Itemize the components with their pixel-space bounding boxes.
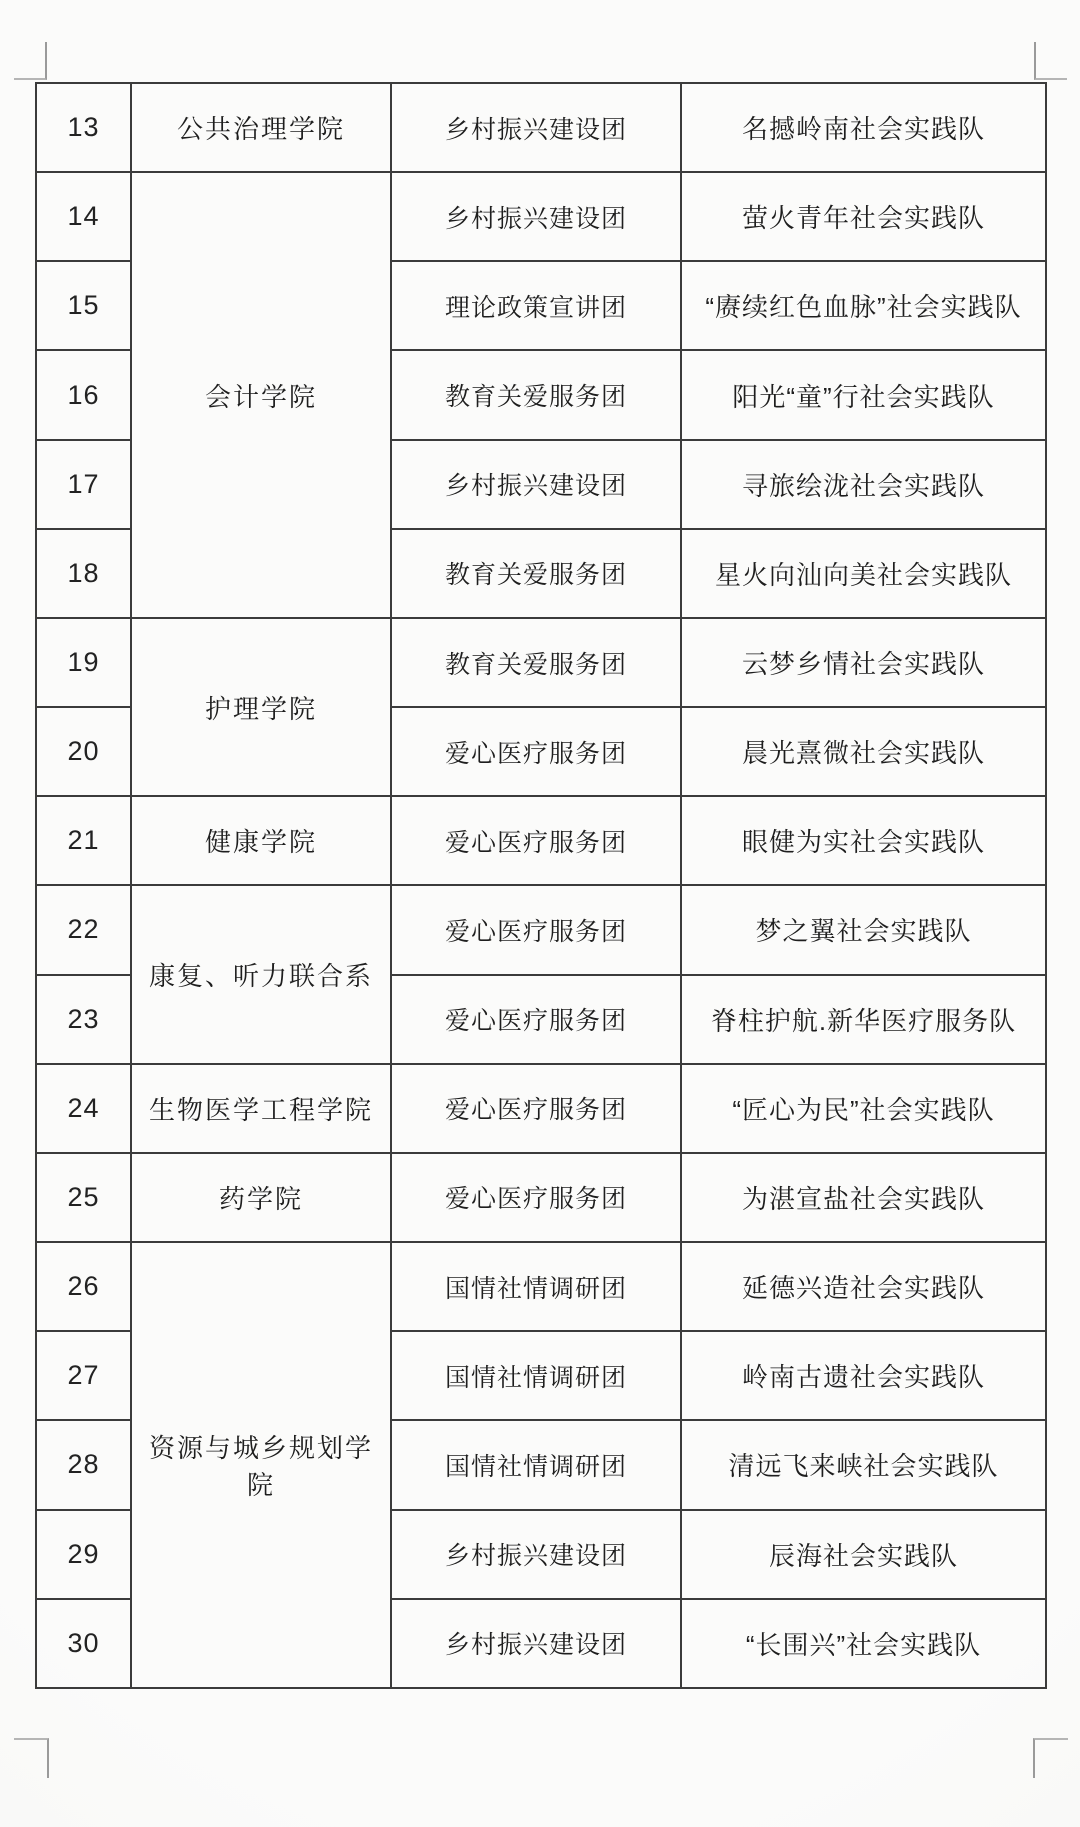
team-name-cell: 名撼岭南社会实践队	[681, 83, 1046, 172]
team-type-cell: 爱心医疗服务团	[391, 885, 681, 974]
team-name-cell: 辰海社会实践队	[681, 1510, 1046, 1599]
college-cell: 护理学院	[131, 618, 391, 796]
row-number-cell: 18	[36, 529, 131, 618]
team-name-cell: 星火向汕向美社会实践队	[681, 529, 1046, 618]
team-name-cell: “赓续红色血脉”社会实践队	[681, 261, 1046, 350]
team-type-cell: 爱心医疗服务团	[391, 707, 681, 796]
row-number-cell: 30	[36, 1599, 131, 1688]
team-type-cell: 爱心医疗服务团	[391, 975, 681, 1064]
team-type-cell: 国情社情调研团	[391, 1331, 681, 1420]
college-cell: 生物医学工程学院	[131, 1064, 391, 1153]
team-type-cell: 爱心医疗服务团	[391, 1064, 681, 1153]
table-row: 22康复、听力联合系爱心医疗服务团梦之翼社会实践队	[36, 885, 1046, 974]
row-number-cell: 27	[36, 1331, 131, 1420]
row-number-cell: 23	[36, 975, 131, 1064]
team-type-cell: 国情社情调研团	[391, 1420, 681, 1509]
row-number-cell: 15	[36, 261, 131, 350]
team-type-cell: 乡村振兴建设团	[391, 1510, 681, 1599]
college-cell: 康复、听力联合系	[131, 885, 391, 1063]
team-name-cell: “匠心为民”社会实践队	[681, 1064, 1046, 1153]
team-name-cell: 延德兴造社会实践队	[681, 1242, 1046, 1331]
row-number-cell: 21	[36, 796, 131, 885]
crop-mark-top-right	[1034, 42, 1067, 80]
college-cell: 资源与城乡规划学院	[131, 1242, 391, 1688]
team-name-cell: 梦之翼社会实践队	[681, 885, 1046, 974]
row-number-cell: 17	[36, 440, 131, 529]
team-type-cell: 乡村振兴建设团	[391, 172, 681, 261]
row-number-cell: 20	[36, 707, 131, 796]
table-row: 13公共治理学院乡村振兴建设团名撼岭南社会实践队	[36, 83, 1046, 172]
team-name-cell: 岭南古遗社会实践队	[681, 1331, 1046, 1420]
table-row: 14会计学院乡村振兴建设团萤火青年社会实践队	[36, 172, 1046, 261]
team-name-cell: 为湛宣盐社会实践队	[681, 1153, 1046, 1242]
college-cell: 健康学院	[131, 796, 391, 885]
team-type-cell: 爱心医疗服务团	[391, 796, 681, 885]
table-row: 21健康学院爱心医疗服务团眼健为实社会实践队	[36, 796, 1046, 885]
table-row: 24生物医学工程学院爱心医疗服务团“匠心为民”社会实践队	[36, 1064, 1046, 1153]
team-type-cell: 教育关爱服务团	[391, 350, 681, 439]
crop-mark-top-left	[14, 42, 47, 80]
college-cell: 公共治理学院	[131, 83, 391, 172]
row-number-cell: 25	[36, 1153, 131, 1242]
row-number-cell: 24	[36, 1064, 131, 1153]
row-number-cell: 16	[36, 350, 131, 439]
row-number-cell: 29	[36, 1510, 131, 1599]
row-number-cell: 13	[36, 83, 131, 172]
team-type-cell: 乡村振兴建设团	[391, 83, 681, 172]
team-name-cell: 萤火青年社会实践队	[681, 172, 1046, 261]
team-type-cell: 乡村振兴建设团	[391, 1599, 681, 1688]
team-name-cell: 晨光熹微社会实践队	[681, 707, 1046, 796]
team-type-cell: 教育关爱服务团	[391, 618, 681, 707]
row-number-cell: 26	[36, 1242, 131, 1331]
row-number-cell: 14	[36, 172, 131, 261]
crop-mark-bottom-right	[1033, 1738, 1068, 1778]
team-name-cell: 阳光“童”行社会实践队	[681, 350, 1046, 439]
team-type-cell: 爱心医疗服务团	[391, 1153, 681, 1242]
team-type-cell: 乡村振兴建设团	[391, 440, 681, 529]
table-row: 26资源与城乡规划学院国情社情调研团延德兴造社会实践队	[36, 1242, 1046, 1331]
team-type-cell: 国情社情调研团	[391, 1242, 681, 1331]
team-type-cell: 理论政策宣讲团	[391, 261, 681, 350]
team-type-cell: 教育关爱服务团	[391, 529, 681, 618]
college-cell: 会计学院	[131, 172, 391, 618]
team-name-cell: 云梦乡情社会实践队	[681, 618, 1046, 707]
team-name-cell: 脊柱护航.新华医疗服务队	[681, 975, 1046, 1064]
crop-mark-bottom-left	[14, 1738, 49, 1778]
table-row: 19护理学院教育关爱服务团云梦乡情社会实践队	[36, 618, 1046, 707]
practice-teams-table: 13公共治理学院乡村振兴建设团名撼岭南社会实践队14会计学院乡村振兴建设团萤火青…	[35, 82, 1047, 1689]
team-name-cell: 清远飞来峡社会实践队	[681, 1420, 1046, 1509]
table-row: 25药学院爱心医疗服务团为湛宣盐社会实践队	[36, 1153, 1046, 1242]
college-cell: 药学院	[131, 1153, 391, 1242]
row-number-cell: 28	[36, 1420, 131, 1509]
row-number-cell: 22	[36, 885, 131, 974]
team-name-cell: “长围兴”社会实践队	[681, 1599, 1046, 1688]
team-name-cell: 寻旅绘泷社会实践队	[681, 440, 1046, 529]
team-name-cell: 眼健为实社会实践队	[681, 796, 1046, 885]
practice-teams-table-body: 13公共治理学院乡村振兴建设团名撼岭南社会实践队14会计学院乡村振兴建设团萤火青…	[36, 83, 1046, 1688]
row-number-cell: 19	[36, 618, 131, 707]
